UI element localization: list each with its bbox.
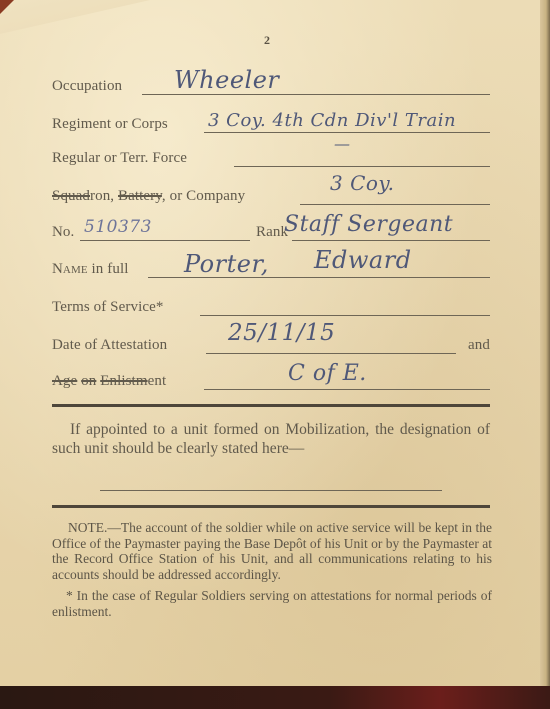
number-value: 510373 (84, 217, 152, 237)
company-label: Squadron, Battery, or Company (52, 188, 245, 205)
number-label: No. (52, 224, 74, 241)
number-rule (80, 240, 250, 241)
section-divider-bottom (52, 505, 490, 508)
attestation-rule (206, 353, 456, 354)
mobilization-unit-rule (100, 490, 442, 491)
paymaster-note: NOTE.—The account of the soldier while o… (52, 520, 492, 582)
document-page: 2 Occupation Wheeler Regiment or Corps 3… (0, 0, 540, 686)
mobilization-instruction: If appointed to a unit formed on Mobiliz… (52, 420, 490, 458)
name-given: Edward (314, 246, 412, 274)
book-cover-edge (0, 686, 550, 709)
company-rule (300, 204, 490, 205)
occupation-value: Wheeler (174, 66, 279, 94)
terms-row: Terms of Service* (52, 294, 490, 318)
company-value: 3 Coy. (330, 171, 394, 195)
occupation-label: Occupation (52, 78, 122, 95)
name-row: Name in full Porter, Edward (52, 256, 490, 280)
force-value: — (334, 134, 351, 153)
enlistment-label: Age on Enlistment (52, 373, 166, 390)
regiment-label: Regiment or Corps (52, 116, 168, 133)
rank-rule (292, 240, 490, 241)
enlistment-value: C of E. (288, 361, 367, 386)
enlistment-rule (204, 389, 490, 390)
page-number: 2 (264, 33, 270, 48)
name-surname: Porter, (184, 250, 269, 278)
rank-value: Staff Sergeant (284, 212, 453, 237)
attestation-value: 25/11/15 (228, 320, 335, 346)
regiment-value: 3 Coy. 4th Cdn Div'l Train (208, 110, 456, 131)
book-spine-edge (540, 0, 550, 709)
force-label: Regular or Terr. Force (52, 150, 187, 167)
attestation-row: Date of Attestation 25/11/15 and (52, 332, 490, 356)
page-fold-corner (0, 0, 150, 34)
footnote: * In the case of Regular Soldiers servin… (52, 588, 492, 619)
enlistment-row: Age on Enlistment C of E. (52, 368, 490, 392)
notes-block: NOTE.—The account of the soldier while o… (52, 520, 492, 619)
name-label: Name in full (52, 261, 129, 278)
terms-label: Terms of Service* (52, 299, 163, 316)
company-row: Squadron, Battery, or Company 3 Coy. (52, 183, 490, 207)
force-rule (234, 166, 490, 167)
terms-rule (200, 315, 490, 316)
attestation-label: Date of Attestation (52, 337, 167, 354)
occupation-row: Occupation Wheeler (52, 73, 490, 97)
number-rank-row: No. 510373 Rank Staff Sergeant (52, 219, 490, 243)
attestation-and: and (468, 337, 490, 354)
regiment-row: Regiment or Corps 3 Coy. 4th Cdn Div'l T… (52, 111, 490, 135)
occupation-rule (142, 94, 490, 95)
section-divider-top (52, 404, 490, 407)
force-row: Regular or Terr. Force — (52, 145, 490, 169)
regiment-rule (204, 132, 490, 133)
